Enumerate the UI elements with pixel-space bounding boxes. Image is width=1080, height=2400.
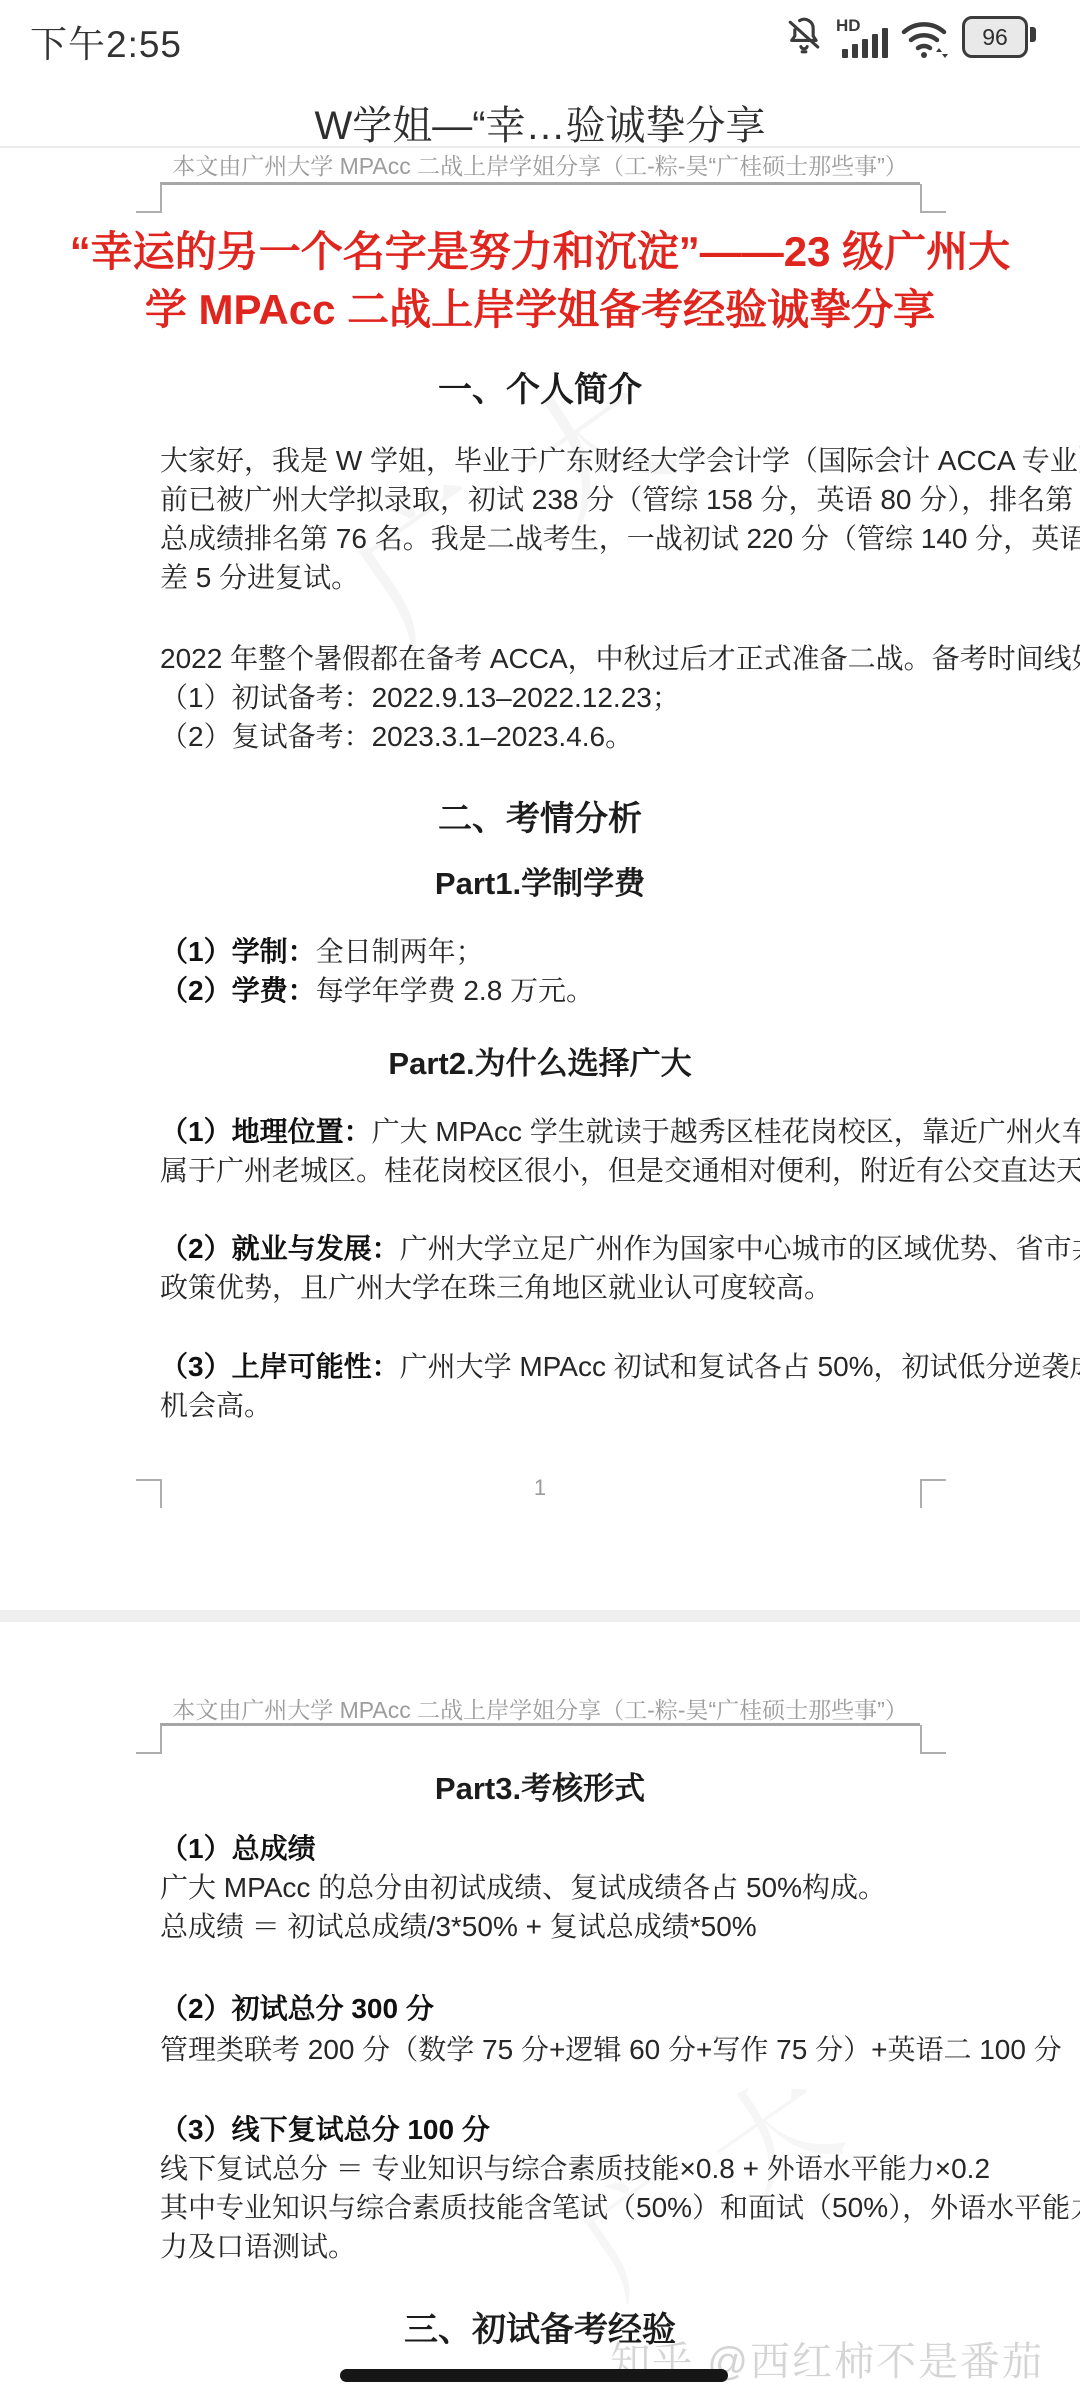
page-header-note: 本文由广州大学 MPAcc 二战上岸学姐分享（工-粽-昊“广桂硕士那些事”）: [0, 152, 1080, 180]
section-heading-exam: 二、考情分析: [0, 791, 1080, 840]
text-line: 总成绩 ＝ 初试总成绩/3*50% + 复试总成绩*50%: [160, 1907, 960, 1946]
page-separator: [0, 1610, 1080, 1622]
item-label: （1）总成绩: [160, 1833, 316, 1864]
home-indicator[interactable]: [340, 2369, 728, 2382]
text-line: 管理类联考 200 分（数学 75 分+逻辑 60 分+写作 75 分）+英语二…: [160, 2030, 960, 2069]
text-line: （2）初试总分 300 分: [160, 1989, 960, 2028]
margin-mark-top-right: [920, 184, 946, 213]
text-line: 广大 MPAcc 的总分由初试成绩、复试成绩各占 50%构成。: [160, 1868, 960, 1907]
part1-heading: Part1.学制学费: [0, 858, 1080, 903]
part3-heading: Part3.考核形式: [0, 1763, 1080, 1808]
item-label: （1）学制：: [160, 936, 316, 967]
text-line: （2）就业与发展：广州大学立足广州作为国家中心城市的区域优势、省市共建的: [160, 1229, 960, 1268]
text-line: （1）学制：全日制两年；: [160, 932, 960, 971]
article-title-line1: “幸运的另一个名字是努力和沉淀”——23 级广州大: [0, 224, 1080, 280]
text-line: 前已被广州大学拟录取，初试 238 分（管综 158 分，英语 80 分），排名…: [160, 480, 960, 519]
status-time: 下午2:55: [30, 14, 182, 68]
item-label: （3）上岸可能性：: [160, 1351, 400, 1382]
text-line: （2）复试备考：2023.3.1–2023.4.6。: [160, 717, 960, 756]
text-line: 政策优势，且广州大学在珠三角地区就业认可度较高。: [160, 1268, 960, 1307]
text-line: 差 5 分进复试。: [160, 558, 960, 597]
text-line: 力及口语测试。: [160, 2227, 960, 2266]
battery-icon: 96: [962, 16, 1028, 58]
part2-heading: Part2.为什么选择广大: [0, 1038, 1080, 1083]
wifi-icon: [900, 18, 952, 62]
margin-mark-top-left: [136, 184, 162, 213]
text-line: （1）地理位置：广大 MPAcc 学生就读于越秀区桂花岗校区，靠近广州火车站，: [160, 1112, 960, 1151]
text-line: 2022 年整个暑假都在备考 ACCA，中秋过后才正式准备二战。备考时间线如下：: [160, 639, 960, 678]
text-line: （3）上岸可能性：广州大学 MPAcc 初试和复试各占 50%，初试低分逆袭成功…: [160, 1347, 960, 1386]
phone-screen: 下午2:55 HD 96 W学姐—“幸…验诚挚分享 本文由广州大学 MPAcc …: [0, 0, 1080, 2400]
text-line: 总成绩排名第 76 名。我是二战考生，一战初试 220 分（管综 140 分，英…: [160, 519, 960, 558]
text-line: （1）初试备考：2022.9.13–2022.12.23；: [160, 678, 960, 717]
bell-muted-icon: [782, 14, 826, 58]
article-title-line2: 学 MPAcc 二战上岸学姐备考经验诚挚分享: [0, 282, 1080, 338]
text-line: （2）学费：每学年学费 2.8 万元。: [160, 971, 960, 1010]
item-label: （2）学费：: [160, 975, 316, 1006]
header-rule: [160, 182, 920, 185]
text-line: 大家好，我是 W 学姐，毕业于广东财经大学会计学（国际会计 ACCA 专业），目: [160, 441, 960, 480]
text-line: 机会高。: [160, 1386, 960, 1425]
item-label: （2）就业与发展：: [160, 1233, 400, 1264]
battery-nub: [1030, 27, 1036, 42]
margin-mark-top-left: [136, 1725, 162, 1754]
item-label: （1）地理位置：: [160, 1116, 372, 1147]
text-line: 其中专业知识与综合素质技能含笔试（50%）和面试（50%），外语水平能力含听: [160, 2188, 960, 2227]
item-label: （3）线下复试总分 100 分: [160, 2114, 490, 2145]
document-title: W学姐—“幸…验诚挚分享: [0, 94, 1080, 151]
text-line: 线下复试总分 ＝ 专业知识与综合素质技能×0.8 + 外语水平能力×0.2: [160, 2149, 960, 2188]
page-number: 1: [0, 1475, 1080, 1501]
item-label: （2）初试总分 300 分: [160, 1993, 434, 2024]
battery-percent: 96: [982, 24, 1008, 51]
header-rule: [160, 1723, 920, 1726]
page-header-note: 本文由广州大学 MPAcc 二战上岸学姐分享（工-粽-昊“广桂硕士那些事”）: [0, 1696, 1080, 1724]
text-line: （3）线下复试总分 100 分: [160, 2110, 960, 2149]
signal-bars-icon: [842, 28, 902, 58]
titlebar-divider: [0, 146, 1080, 148]
margin-mark-top-right: [920, 1725, 946, 1754]
text-line: 属于广州老城区。桂花岗校区很小，但是交通相对便利，附近有公交直达天河区。: [160, 1151, 960, 1190]
text-line: （1）总成绩: [160, 1829, 960, 1868]
section-heading-intro: 一、个人简介: [0, 362, 1080, 411]
